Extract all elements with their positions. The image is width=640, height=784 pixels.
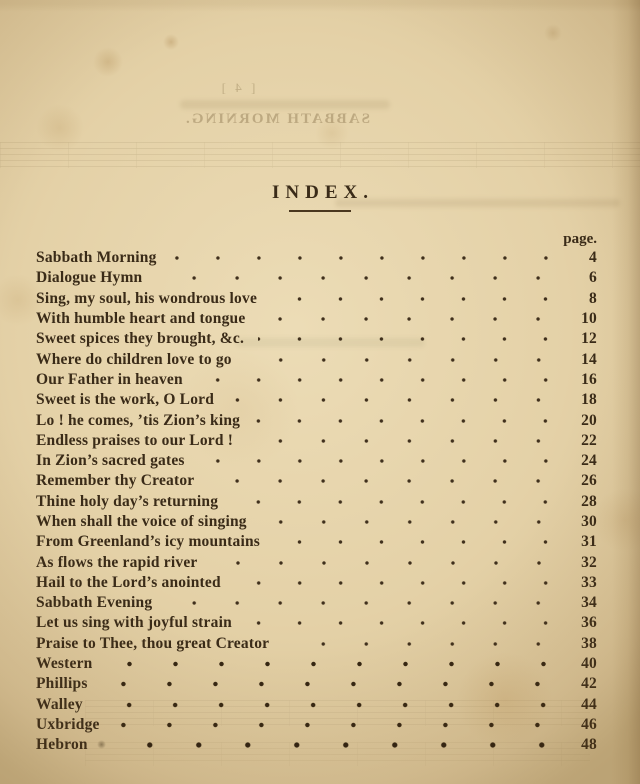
dot-leader [97, 698, 566, 712]
entry-page-number: 36 [571, 614, 597, 632]
entry-title: Sabbath Evening [36, 594, 152, 612]
entry-page-number: 38 [571, 635, 597, 653]
index-entry: Walley 44 [36, 695, 597, 715]
entry-title: Remember thy Creator [36, 472, 194, 490]
dot-leader [259, 312, 566, 326]
index-entry: Our Father in heaven 16 [36, 370, 597, 390]
entry-title: With humble heart and tongue [36, 310, 245, 328]
index-entry: From Greenland’s icy mountains 31 [36, 532, 597, 552]
entry-page-number: 40 [571, 655, 597, 673]
bleedthrough-staff-lines [0, 142, 640, 168]
index-entry: Remember thy Creator 26 [36, 471, 597, 491]
dot-leader [199, 454, 566, 468]
entry-page-number: 22 [571, 432, 597, 450]
index-entry: Praise to Thee, thou great Creator 38 [36, 634, 597, 654]
entry-title: Praise to Thee, thou great Creator [36, 635, 269, 653]
index-entry: Sabbath Morning 4 [36, 248, 597, 268]
index-entry: Hail to the Lord’s anointed 33 [36, 573, 597, 593]
index-entry: Where do children love to go 14 [36, 349, 597, 369]
bleedthrough-text-smudge [180, 100, 390, 109]
dot-leader [283, 637, 566, 651]
entry-title: Uxbridge [36, 716, 100, 734]
entry-title: Let us sing with joyful strain [36, 614, 232, 632]
dot-leader [171, 251, 566, 265]
entry-page-number: 20 [571, 412, 597, 430]
entry-page-number: 18 [571, 391, 597, 409]
book-page-scan: [ 4 ] SABBATH MORNING. INDEX. page. Sabb… [0, 0, 640, 784]
entry-page-number: 8 [571, 290, 597, 308]
dot-leader [235, 576, 566, 590]
entry-title: From Greenland’s icy mountains [36, 533, 260, 551]
entry-page-number: 14 [571, 351, 597, 369]
entry-page-number: 48 [571, 736, 597, 754]
index-entry: Sweet spices they brought, &c. 12 [36, 329, 597, 349]
entry-page-number: 31 [571, 533, 597, 551]
entry-title: Thine holy day’s returning [36, 493, 218, 511]
entry-title: Phillips [36, 675, 88, 693]
entry-title: Sabbath Morning [36, 249, 157, 267]
entry-title: Walley [36, 696, 83, 714]
entry-page-number: 46 [571, 716, 597, 734]
bleedthrough-page-number: [ 4 ] [157, 80, 317, 96]
index-entry: Phillips 42 [36, 674, 597, 694]
index-entry: Western 40 [36, 654, 597, 674]
dot-leader [156, 271, 566, 285]
dot-leader [254, 414, 566, 428]
entry-page-number: 32 [571, 554, 597, 572]
dot-leader [246, 616, 566, 630]
entry-title: Endless praises to our Lord ! [36, 432, 233, 450]
bleedthrough-heading: SABBATH MORNING. [97, 111, 457, 128]
entry-title: Western [36, 655, 93, 673]
dot-leader [197, 373, 566, 387]
dot-leader [258, 332, 566, 346]
entry-title: Our Father in heaven [36, 371, 183, 389]
index-entry: Endless praises to our Lord ! 22 [36, 431, 597, 451]
entry-title: In Zion’s sacred gates [36, 452, 185, 470]
entry-title: Hail to the Lord’s anointed [36, 574, 221, 592]
entry-page-number: 42 [571, 675, 597, 693]
index-entry: Sweet is the work, O Lord 18 [36, 390, 597, 410]
dot-leader [232, 495, 566, 509]
entry-page-number: 12 [571, 330, 597, 348]
entry-page-number: 34 [571, 594, 597, 612]
index-entry: With humble heart and tongue 10 [36, 309, 597, 329]
index-entry: Thine holy day’s returning 28 [36, 492, 597, 512]
dot-leader [120, 738, 566, 752]
entry-page-number: 33 [571, 574, 597, 592]
dot-leader [166, 596, 566, 610]
dot-leader [208, 474, 566, 488]
entry-title: Lo ! he comes, ’tis Zion’s king [36, 412, 240, 430]
index-entry: Dialogue Hymn 6 [36, 268, 597, 288]
dot-leader [246, 353, 566, 367]
entry-title: When shall the voice of singing [36, 513, 247, 531]
entry-page-number: 4 [571, 249, 597, 267]
dot-leader [247, 434, 566, 448]
entry-title: As flows the rapid river [36, 554, 198, 572]
dot-leader [274, 535, 566, 549]
dot-leader [102, 677, 566, 691]
title-rule-divider [289, 210, 351, 212]
page-column-header: page. [0, 231, 597, 248]
entry-title: Sing, my soul, his wondrous love [36, 290, 257, 308]
index-entry: As flows the rapid river 32 [36, 552, 597, 572]
dot-leader [114, 718, 566, 732]
entry-title: Hebron [36, 736, 106, 754]
entry-page-number: 6 [571, 269, 597, 287]
entry-page-number: 44 [571, 696, 597, 714]
index-entry: When shall the voice of singing 30 [36, 512, 597, 532]
entry-title: Sweet spices they brought, &c. [36, 330, 244, 348]
index-entries: Sabbath Morning 4 Dialogue Hymn 6 Sing, … [36, 248, 597, 755]
index-entry: Sing, my soul, his wondrous love 8 [36, 289, 597, 309]
entry-page-number: 10 [571, 310, 597, 328]
entry-page-number: 24 [571, 452, 597, 470]
index-entry: In Zion’s sacred gates 24 [36, 451, 597, 471]
dot-leader [271, 292, 566, 306]
index-entry: Hebron 48 [36, 735, 597, 755]
dot-leader [212, 556, 566, 570]
dot-leader [261, 515, 566, 529]
entry-title: Sweet is the work, O Lord [36, 391, 214, 409]
page-title: INDEX. [0, 182, 640, 204]
entry-page-number: 30 [571, 513, 597, 531]
index-entry: Let us sing with joyful strain 36 [36, 613, 597, 633]
entry-page-number: 26 [571, 472, 597, 490]
entry-page-number: 16 [571, 371, 597, 389]
index-entry: Lo ! he comes, ’tis Zion’s king 20 [36, 410, 597, 430]
entry-title: Where do children love to go [36, 351, 232, 369]
entry-title: Dialogue Hymn [36, 269, 142, 287]
dot-leader [107, 657, 567, 671]
entry-page-number: 28 [571, 493, 597, 511]
index-entry: Sabbath Evening 34 [36, 593, 597, 613]
index-entry: Uxbridge 46 [36, 715, 597, 735]
dot-leader [228, 393, 566, 407]
